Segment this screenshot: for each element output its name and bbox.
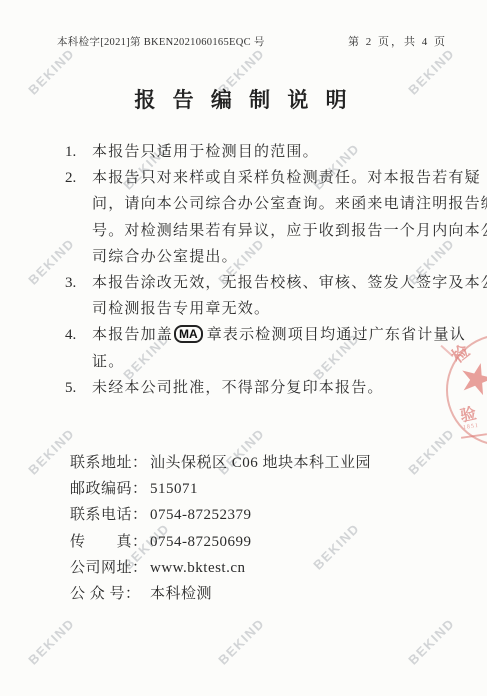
note-line: 本报告涂改无效，无报告校核、审核、签发人签字及本公 bbox=[92, 270, 487, 296]
contact-value: www.bktest.cn bbox=[150, 560, 246, 577]
page-title: 报 告 编 制 说 明 bbox=[0, 84, 487, 114]
contact-label: 公司网址： bbox=[70, 556, 150, 577]
note-item: 5.未经本公司批准，不得部分复印本报告。 bbox=[65, 375, 453, 401]
note-item: 4.本报告加盖MA章表示检测项目均通过广东省计量认证。 bbox=[65, 322, 453, 374]
contact-value: 本科检测 bbox=[150, 582, 212, 603]
note-text: 本报告只适用于检测目的范围。 bbox=[92, 139, 453, 165]
note-number: 1. bbox=[65, 139, 92, 165]
contact-value: 0754-87250699 bbox=[150, 534, 252, 551]
note-line: 本报告加盖MA章表示检测项目均通过广东省计量认 bbox=[92, 322, 466, 348]
contact-list: 联系地址：汕头保税区 C06 地块本科工业园邮政编码：515071联系电话：07… bbox=[70, 451, 371, 608]
contact-row: 联系电话：0754-87252379 bbox=[70, 503, 371, 529]
seal-character-bottom: 验 bbox=[458, 401, 478, 427]
watermark-text: BEKIND bbox=[25, 615, 77, 667]
contact-label: 公 众 号： bbox=[70, 582, 150, 603]
document-page: BEKINDBEKINDBEKINDBEKINDBEKINDBEKINDBEKI… bbox=[0, 0, 487, 696]
note-item: 3.本报告涂改无效，无报告校核、审核、签发人签字及本公司检测报告专用章无效。 bbox=[65, 270, 453, 322]
contact-row: 联系地址：汕头保税区 C06 地块本科工业园 bbox=[70, 451, 371, 477]
note-text: 本报告加盖MA章表示检测项目均通过广东省计量认证。 bbox=[92, 322, 466, 374]
note-text: 本报告只对来样或自采样负检测责任。对本报告若有疑问，请向本公司综合办公室查询。来… bbox=[92, 165, 487, 270]
note-item: 2.本报告只对来样或自采样负检测责任。对本报告若有疑问，请向本公司综合办公室查询… bbox=[65, 165, 453, 270]
page-header: 本科检字[2021]第 BKEN2021060165EQC 号 第 2 页，共 … bbox=[57, 33, 447, 49]
contact-label: 传 真： bbox=[70, 530, 150, 551]
page-number: 第 2 页，共 4 页 bbox=[348, 33, 447, 49]
contact-label: 邮政编码： bbox=[70, 477, 150, 498]
note-number: 5. bbox=[65, 375, 92, 401]
contact-label: 联系电话： bbox=[70, 503, 150, 524]
note-number: 4. bbox=[65, 322, 92, 348]
contact-row: 公司网址：www.bktest.cn bbox=[70, 556, 371, 582]
note-number: 2. bbox=[65, 165, 92, 191]
contact-row: 公 众 号：本科检测 bbox=[70, 582, 371, 608]
watermark-text: BEKIND bbox=[405, 615, 457, 667]
contact-value: 0754-87252379 bbox=[150, 507, 252, 524]
note-text: 本报告涂改无效，无报告校核、审核、签发人签字及本公司检测报告专用章无效。 bbox=[92, 270, 487, 322]
note-line: 问，请向本公司综合办公室查询。来函来电请注明报告编 bbox=[92, 191, 487, 217]
seal-tiny-text: 1851 bbox=[463, 423, 480, 431]
note-text: 未经本公司批准，不得部分复印本报告。 bbox=[92, 375, 453, 401]
seal-bar bbox=[461, 433, 487, 439]
contact-row: 邮政编码：515071 bbox=[70, 477, 371, 503]
report-number: 本科检字[2021]第 BKEN2021060165EQC 号 bbox=[57, 34, 265, 49]
note-line: 未经本公司批准，不得部分复印本报告。 bbox=[92, 375, 453, 401]
notes-list: 1.本报告只适用于检测目的范围。2.本报告只对来样或自采样负检测责任。对本报告若… bbox=[65, 139, 453, 401]
note-line: 证。 bbox=[92, 349, 466, 375]
note-line: 司综合办公室提出。 bbox=[92, 244, 487, 270]
note-line: 本报告只适用于检测目的范围。 bbox=[92, 139, 453, 165]
watermark-text: BEKIND bbox=[405, 425, 457, 477]
contact-row: 传 真：0754-87250699 bbox=[70, 530, 371, 556]
watermark-text: BEKIND bbox=[215, 615, 267, 667]
note-item: 1.本报告只适用于检测目的范围。 bbox=[65, 139, 453, 165]
contact-label: 联系地址： bbox=[70, 451, 150, 472]
cma-mark: MA bbox=[174, 325, 203, 343]
note-line: 司检测报告专用章无效。 bbox=[92, 296, 487, 322]
note-number: 3. bbox=[65, 270, 92, 296]
note-line: 本报告只对来样或自采样负检测责任。对本报告若有疑 bbox=[92, 165, 487, 191]
note-line: 号。对检测结果若有异议，应于收到报告一个月内向本公 bbox=[92, 218, 487, 244]
contact-value: 515071 bbox=[150, 481, 198, 498]
contact-value: 汕头保税区 C06 地块本科工业园 bbox=[150, 451, 371, 472]
